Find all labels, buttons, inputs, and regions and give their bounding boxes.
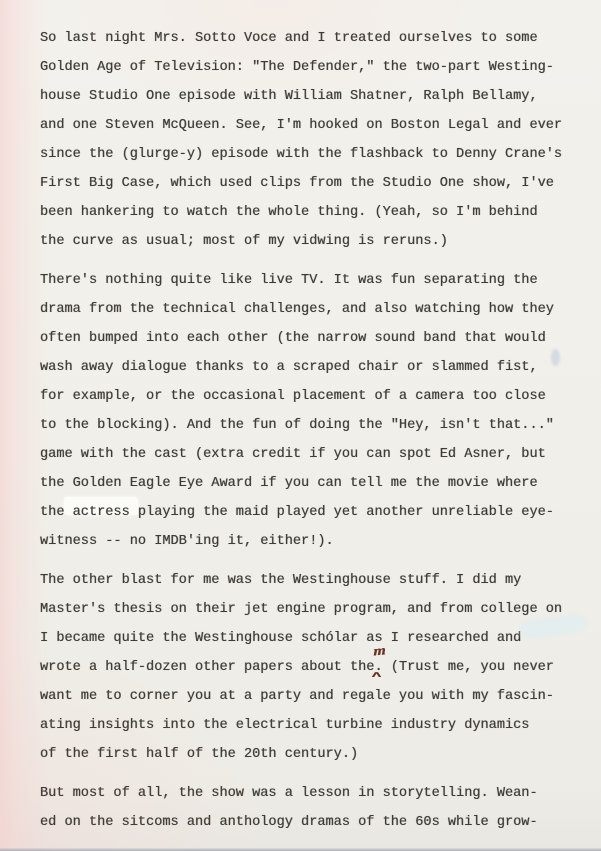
text-line: First Big Case, which used clips from th… bbox=[40, 169, 562, 198]
text-line: ed on the sitcoms and anthology dramas o… bbox=[40, 808, 562, 837]
text-line: to the blocking). And the fun of doing t… bbox=[40, 411, 562, 440]
text-line: the curve as usual; most of my vidwing i… bbox=[40, 227, 562, 256]
text-line: and one Steven McQueen. See, I'm hooked … bbox=[40, 111, 562, 140]
document-text: So last night Mrs. Sotto Voce and I trea… bbox=[40, 24, 562, 847]
text-line: often bumped into each other (the narrow… bbox=[40, 324, 562, 353]
text-line: drama from the technical challenges, and… bbox=[40, 295, 562, 324]
paragraph: There's nothing quite like live TV. It w… bbox=[40, 266, 562, 556]
handwritten-insertion: .m^ bbox=[374, 660, 382, 675]
text-line: since the (glurge-y) episode with the fl… bbox=[40, 140, 562, 169]
text-line: want me to corner you at a party and reg… bbox=[40, 682, 562, 711]
text-line: So last night Mrs. Sotto Voce and I trea… bbox=[40, 24, 562, 53]
text-line: for example, or the occasional placement… bbox=[40, 382, 562, 411]
text-line: house Studio One episode with William Sh… bbox=[40, 82, 562, 111]
text-line: wash away dialogue thanks to a scraped c… bbox=[40, 353, 562, 382]
insertion-caret: ^ bbox=[372, 673, 382, 684]
text-line: Golden Age of Television: "The Defender,… bbox=[40, 53, 562, 82]
text-segment: wrote a half-dozen other papers about th… bbox=[40, 660, 374, 675]
paragraph: But most of all, the show was a lesson i… bbox=[40, 779, 562, 837]
text-segment: (Trust me, you never bbox=[383, 660, 554, 675]
typewritten-page: So last night Mrs. Sotto Voce and I trea… bbox=[0, 0, 601, 851]
text-line: ating insights into the electrical turbi… bbox=[40, 711, 562, 740]
text-line: But most of all, the show was a lesson i… bbox=[40, 779, 562, 808]
paragraph: The other blast for me was the Westingho… bbox=[40, 566, 562, 769]
text-line: the actress playing the maid played yet … bbox=[40, 498, 562, 527]
paragraph: So last night Mrs. Sotto Voce and I trea… bbox=[40, 24, 562, 256]
text-line: been hankering to watch the whole thing.… bbox=[40, 198, 562, 227]
text-line: the Golden Eagle Eye Award if you can te… bbox=[40, 469, 562, 498]
text-line: The other blast for me was the Westingho… bbox=[40, 566, 562, 595]
text-line: Master's thesis on their jet engine prog… bbox=[40, 595, 562, 624]
text-line: There's nothing quite like live TV. It w… bbox=[40, 266, 562, 295]
text-line: I became quite the Westinghouse schólar … bbox=[40, 624, 562, 653]
insertion-mark: m bbox=[374, 644, 387, 657]
text-line: of the first half of the 20th century.) bbox=[40, 740, 562, 769]
text-line: witness -- no IMDB'ing it, either!). bbox=[40, 527, 562, 556]
text-line: game with the cast (extra credit if you … bbox=[40, 440, 562, 469]
text-line: wrote a half-dozen other papers about th… bbox=[40, 653, 562, 682]
